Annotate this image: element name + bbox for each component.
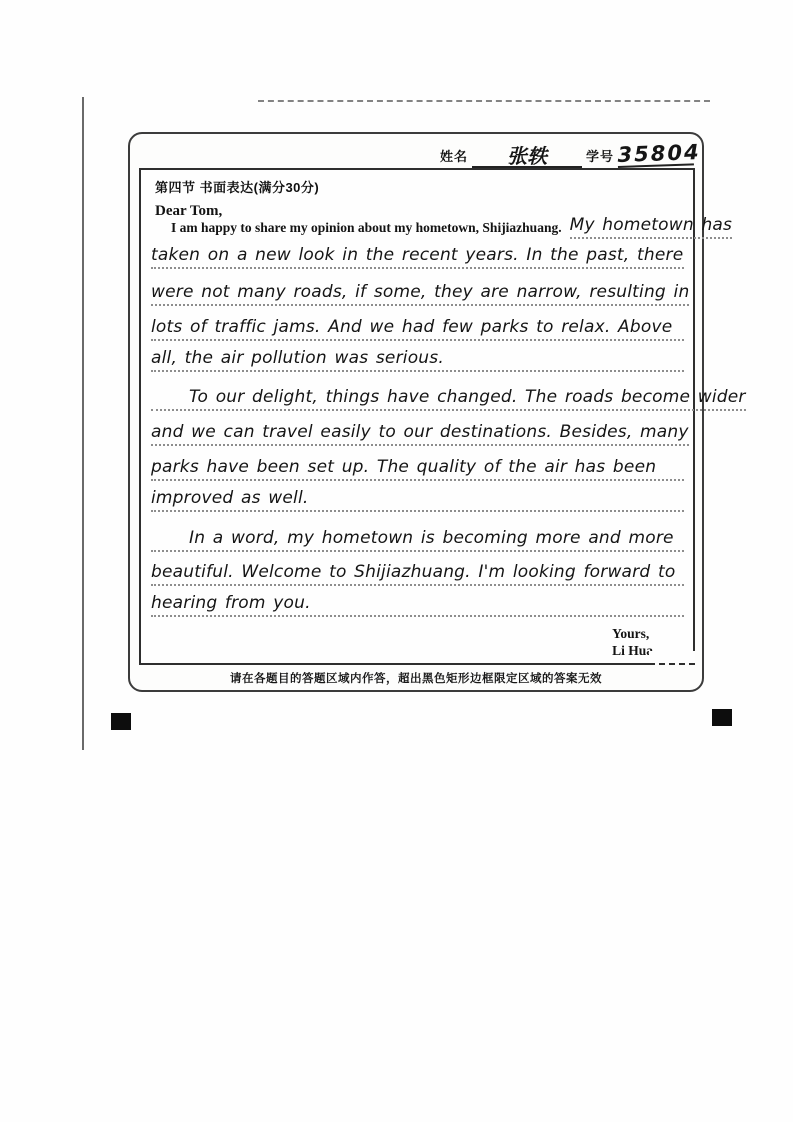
answer-area-box: 第四节 书面表达(满分30分) Dear Tom, I am happy to …: [139, 168, 695, 665]
handwritten-text: beautiful. Welcome to Shijiazhuang. I'm …: [151, 563, 684, 586]
student-info-row: 姓名 张轶 学号 35804: [440, 138, 694, 168]
handwritten-text: improved as well.: [151, 489, 684, 512]
handwritten-text: and we can travel easily to our destinat…: [151, 423, 689, 446]
essay-line: hearing from you.: [151, 585, 684, 617]
essay-line: beautiful. Welcome to Shijiazhuang. I'm …: [151, 554, 684, 586]
essay-line: were not many roads, if some, they are n…: [151, 274, 684, 306]
student-id-value: 35804: [617, 142, 694, 168]
closing-signature: Li Hua: [612, 642, 653, 659]
answer-sheet-outer-frame: 姓名 张轶 学号 35804 第四节 书面表达(满分30分) Dear Tom,…: [128, 132, 704, 692]
name-value: 张轶: [472, 146, 582, 168]
scanned-answer-sheet: 姓名 张轶 学号 35804 第四节 书面表达(满分30分) Dear Tom,…: [0, 0, 793, 1122]
essay-line: taken on a new look in the recent years.…: [151, 237, 684, 269]
handwritten-text: To our delight, things have changed. The…: [151, 388, 746, 411]
essay-line: improved as well.: [151, 480, 684, 512]
essay-line: all, the air pollution was serious.: [151, 340, 684, 372]
essay-line: lots of traffic jams. And we had few par…: [151, 309, 684, 341]
handwritten-text: parks have been set up. The quality of t…: [151, 458, 684, 481]
dashed-border-corner: [649, 651, 695, 665]
scan-artifact-dashed-line: [258, 100, 710, 102]
section-title: 第四节 书面表达(满分30分): [155, 177, 319, 196]
handwritten-text: all, the air pollution was serious.: [151, 349, 684, 372]
footer-notice: 请在各题目的答题区域内作答，超出黑色矩形边框限定区域的答案无效: [130, 670, 702, 686]
handwritten-text: In a word, my hometown is becoming more …: [151, 529, 684, 552]
essay-line: To our delight, things have changed. The…: [151, 379, 684, 411]
handwritten-text: were not many roads, if some, they are n…: [151, 283, 689, 306]
student-id-label: 学号: [586, 146, 614, 168]
essay-line: In a word, my hometown is becoming more …: [151, 520, 684, 552]
name-label: 姓名: [440, 146, 468, 168]
registration-mark-right: [712, 709, 732, 726]
closing-yours: Yours,: [612, 625, 653, 642]
scan-edge-line: [82, 97, 84, 750]
handwritten-text: hearing from you.: [151, 594, 684, 617]
registration-mark-left: [111, 713, 131, 730]
handwritten-text: taken on a new look in the recent years.…: [151, 246, 684, 269]
essay-line: and we can travel easily to our destinat…: [151, 414, 684, 446]
closing-block: Yours, Li Hua: [612, 625, 653, 659]
essay-line: I am happy to share my opinion about my …: [151, 207, 684, 239]
essay-line: parks have been set up. The quality of t…: [151, 449, 684, 481]
handwritten-text: My hometown has: [570, 216, 733, 239]
handwritten-text: lots of traffic jams. And we had few par…: [151, 318, 684, 341]
